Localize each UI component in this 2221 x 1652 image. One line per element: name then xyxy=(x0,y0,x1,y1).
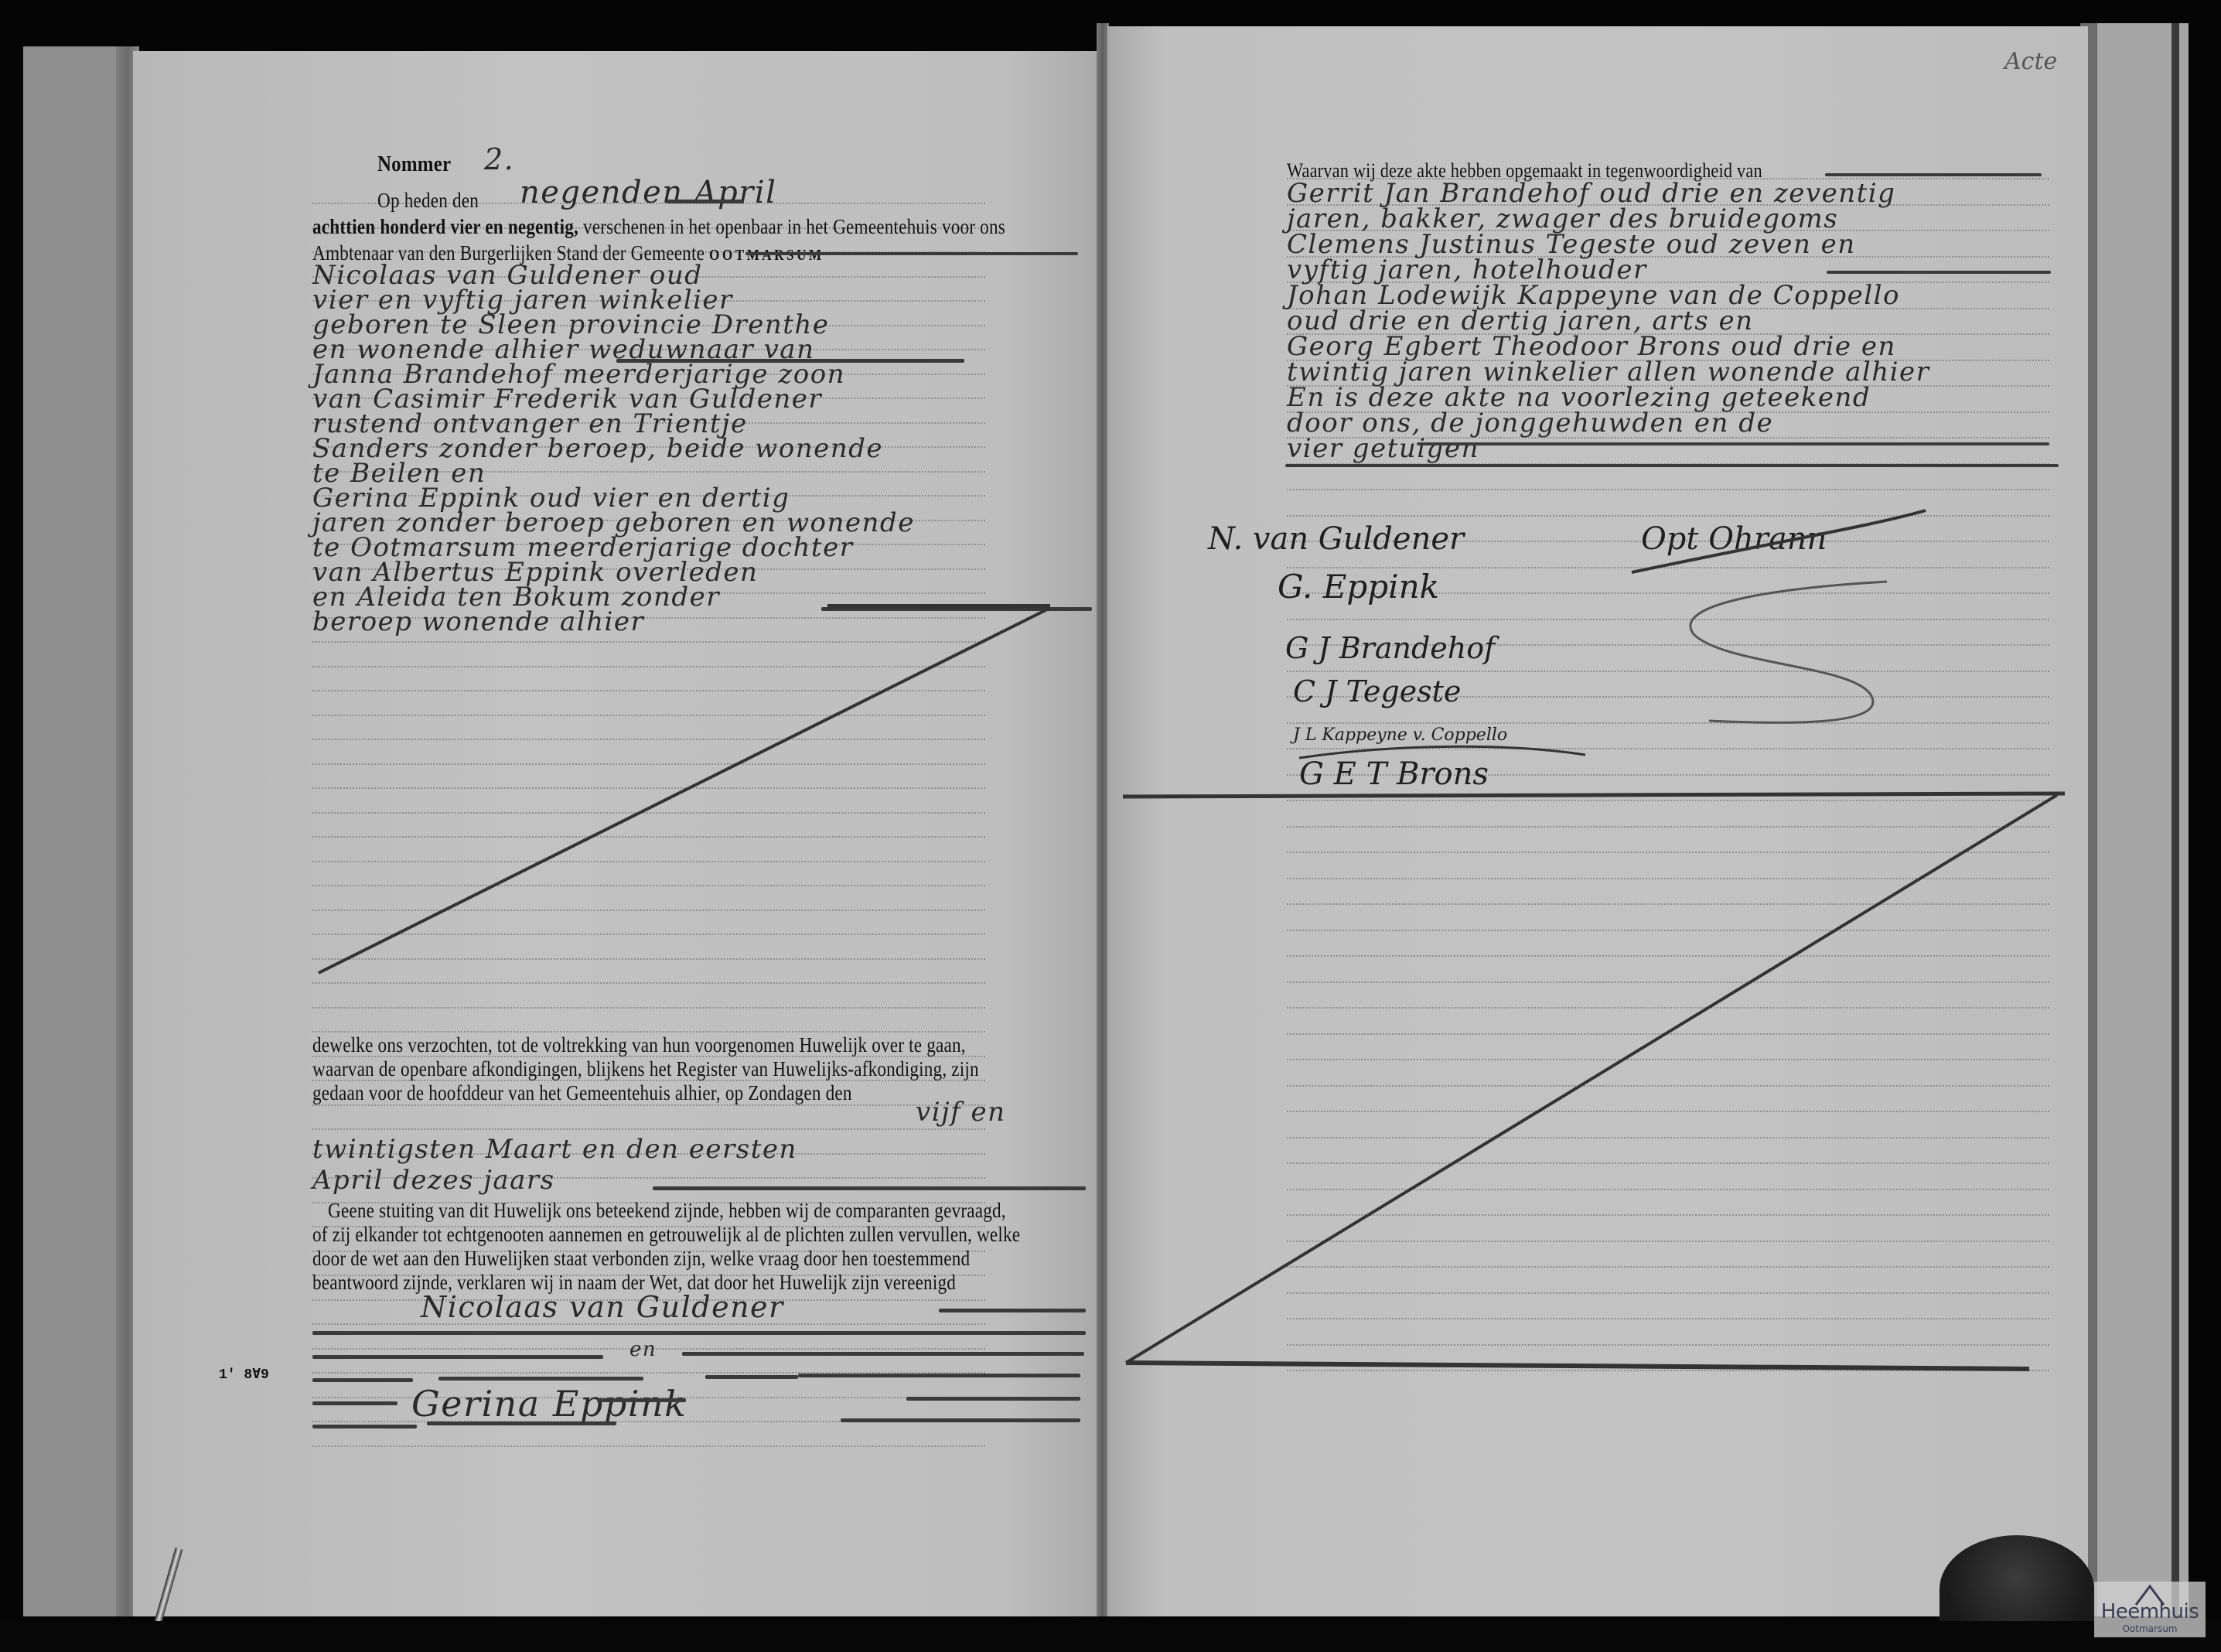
record-number-value: 2. xyxy=(484,142,514,176)
signature-bride: G. Eppink xyxy=(1278,568,1439,606)
book-cover-left xyxy=(23,46,139,1616)
ruled-line xyxy=(1287,619,2049,620)
book-cover-right xyxy=(2080,23,2189,1616)
ruled-line xyxy=(312,885,985,886)
opening-year-row: achttien honderd vier en negentig, versc… xyxy=(312,215,1005,239)
ruled-line xyxy=(1287,1241,2049,1242)
ruled-line xyxy=(1287,878,2049,879)
ruled-line xyxy=(1287,1318,2049,1319)
ruled-line xyxy=(312,812,985,814)
ruled-line xyxy=(312,861,985,862)
right-page: Waarvan wij deze akte hebben opgemaakt i… xyxy=(1107,26,2088,1616)
ruled-line xyxy=(312,715,985,716)
ruled-line xyxy=(1287,1162,2049,1164)
watermark-subtitle: Ootmarsum xyxy=(2094,1623,2206,1634)
ruled-line xyxy=(1287,826,2049,828)
ruled-line xyxy=(1287,1007,2049,1009)
ruled-line xyxy=(312,1445,985,1447)
ruled-line xyxy=(1287,1059,2049,1060)
ruled-line xyxy=(1287,515,2049,517)
ruled-line xyxy=(1287,1292,2049,1294)
ruled-line xyxy=(1287,852,2049,853)
ruled-line xyxy=(1287,722,2049,724)
ruled-line xyxy=(1287,1214,2049,1216)
ruled-line xyxy=(1287,748,2049,749)
marriage-date: negenden April xyxy=(520,175,776,210)
record-number-row: Nommer xyxy=(377,152,451,177)
opening-suffix: verschenen in het openbaar in het Gemeen… xyxy=(583,215,1005,238)
signature-witness-3: J L Kappeyne v. Coppello xyxy=(1293,725,1507,745)
ruled-line xyxy=(312,958,985,960)
ruled-line xyxy=(1287,1137,2049,1138)
ruled-line xyxy=(1287,1370,2049,1371)
ruled-line xyxy=(1287,1033,2049,1035)
ruled-line xyxy=(312,934,985,935)
bride-name: Gerina Eppink xyxy=(411,1383,687,1425)
ruled-line xyxy=(312,836,985,838)
conjunction-en: en xyxy=(629,1338,657,1361)
ruled-line xyxy=(1287,903,2049,905)
left-page: Nommer 2. Op heden den negenden April ac… xyxy=(133,51,1101,1616)
signature-groom: N. van Guldener xyxy=(1208,521,1464,557)
signature-witness-1: G J Brandehof xyxy=(1285,631,1495,665)
proclamation-date-3: April dezes jaars xyxy=(312,1165,555,1196)
ruled-line xyxy=(312,739,985,740)
handwritten-line: vier getuigen xyxy=(1287,433,1479,464)
ruled-line xyxy=(1287,671,2049,672)
ruled-line xyxy=(312,641,985,643)
watermark-title: Heemhuis xyxy=(2094,1600,2206,1623)
ruled-line xyxy=(1287,955,2049,957)
corner-note: Acte xyxy=(2004,48,2057,75)
opening-prefix: Op heden den xyxy=(377,189,479,213)
ruled-line xyxy=(1287,1111,2049,1112)
printed-line: dewelke ons verzochten, tot de voltrekki… xyxy=(312,1033,966,1057)
ruled-line xyxy=(312,690,985,691)
ruled-line xyxy=(1287,489,2049,490)
printed-line: gedaan voor de hoofddeur van het Gemeent… xyxy=(312,1081,852,1105)
ruled-line xyxy=(1287,1344,2049,1346)
heemhuis-watermark: Heemhuis Ootmarsum xyxy=(2094,1582,2206,1637)
signature-registrar: Opt Ohrann xyxy=(1641,521,1827,557)
ruled-line xyxy=(1287,981,2049,983)
ruled-line xyxy=(1287,930,2049,931)
ruled-line xyxy=(312,982,985,984)
ruled-line xyxy=(1287,800,2049,801)
signature-witness-2: C J Tegeste xyxy=(1293,674,1461,708)
record-number-label: Nommer xyxy=(377,152,451,176)
handwritten-line: beroep wonende alhier xyxy=(312,606,644,637)
printed-line: of zij elkander tot echtgenooten aanneme… xyxy=(312,1223,1020,1247)
ruled-line xyxy=(312,666,985,667)
ruled-line xyxy=(312,1007,985,1009)
municipality-name: OOTMARSUM xyxy=(709,247,824,264)
scan-bottom-edge xyxy=(0,1621,2221,1652)
year-text: achttien honderd vier en negentig, xyxy=(312,215,578,238)
ruled-line xyxy=(312,763,985,765)
groom-name: Nicolaas van Guldener xyxy=(421,1290,784,1324)
ruled-line xyxy=(1287,1085,2049,1087)
ruled-line xyxy=(312,787,985,789)
ruled-line xyxy=(1287,1189,2049,1190)
signature-witness-4: G E T Brons xyxy=(1299,756,1489,792)
ruled-line xyxy=(312,910,985,911)
margin-stamp: 1' 8Ɐ9 xyxy=(219,1366,269,1383)
ruled-line xyxy=(1287,1266,2049,1268)
ruled-line xyxy=(312,1031,985,1032)
printed-line: waarvan de openbare afkondigingen, blijk… xyxy=(312,1057,979,1081)
proclamation-date-2: twintigsten Maart en den eersten xyxy=(312,1134,797,1165)
printed-line: door de wet aan den Huwelijken staat ver… xyxy=(312,1247,970,1271)
printed-line: Geene stuiting van dit Huwelijk ons bete… xyxy=(328,1199,1006,1223)
ruled-line xyxy=(312,1128,985,1130)
proclamation-date-1: vijf en xyxy=(916,1097,1006,1128)
